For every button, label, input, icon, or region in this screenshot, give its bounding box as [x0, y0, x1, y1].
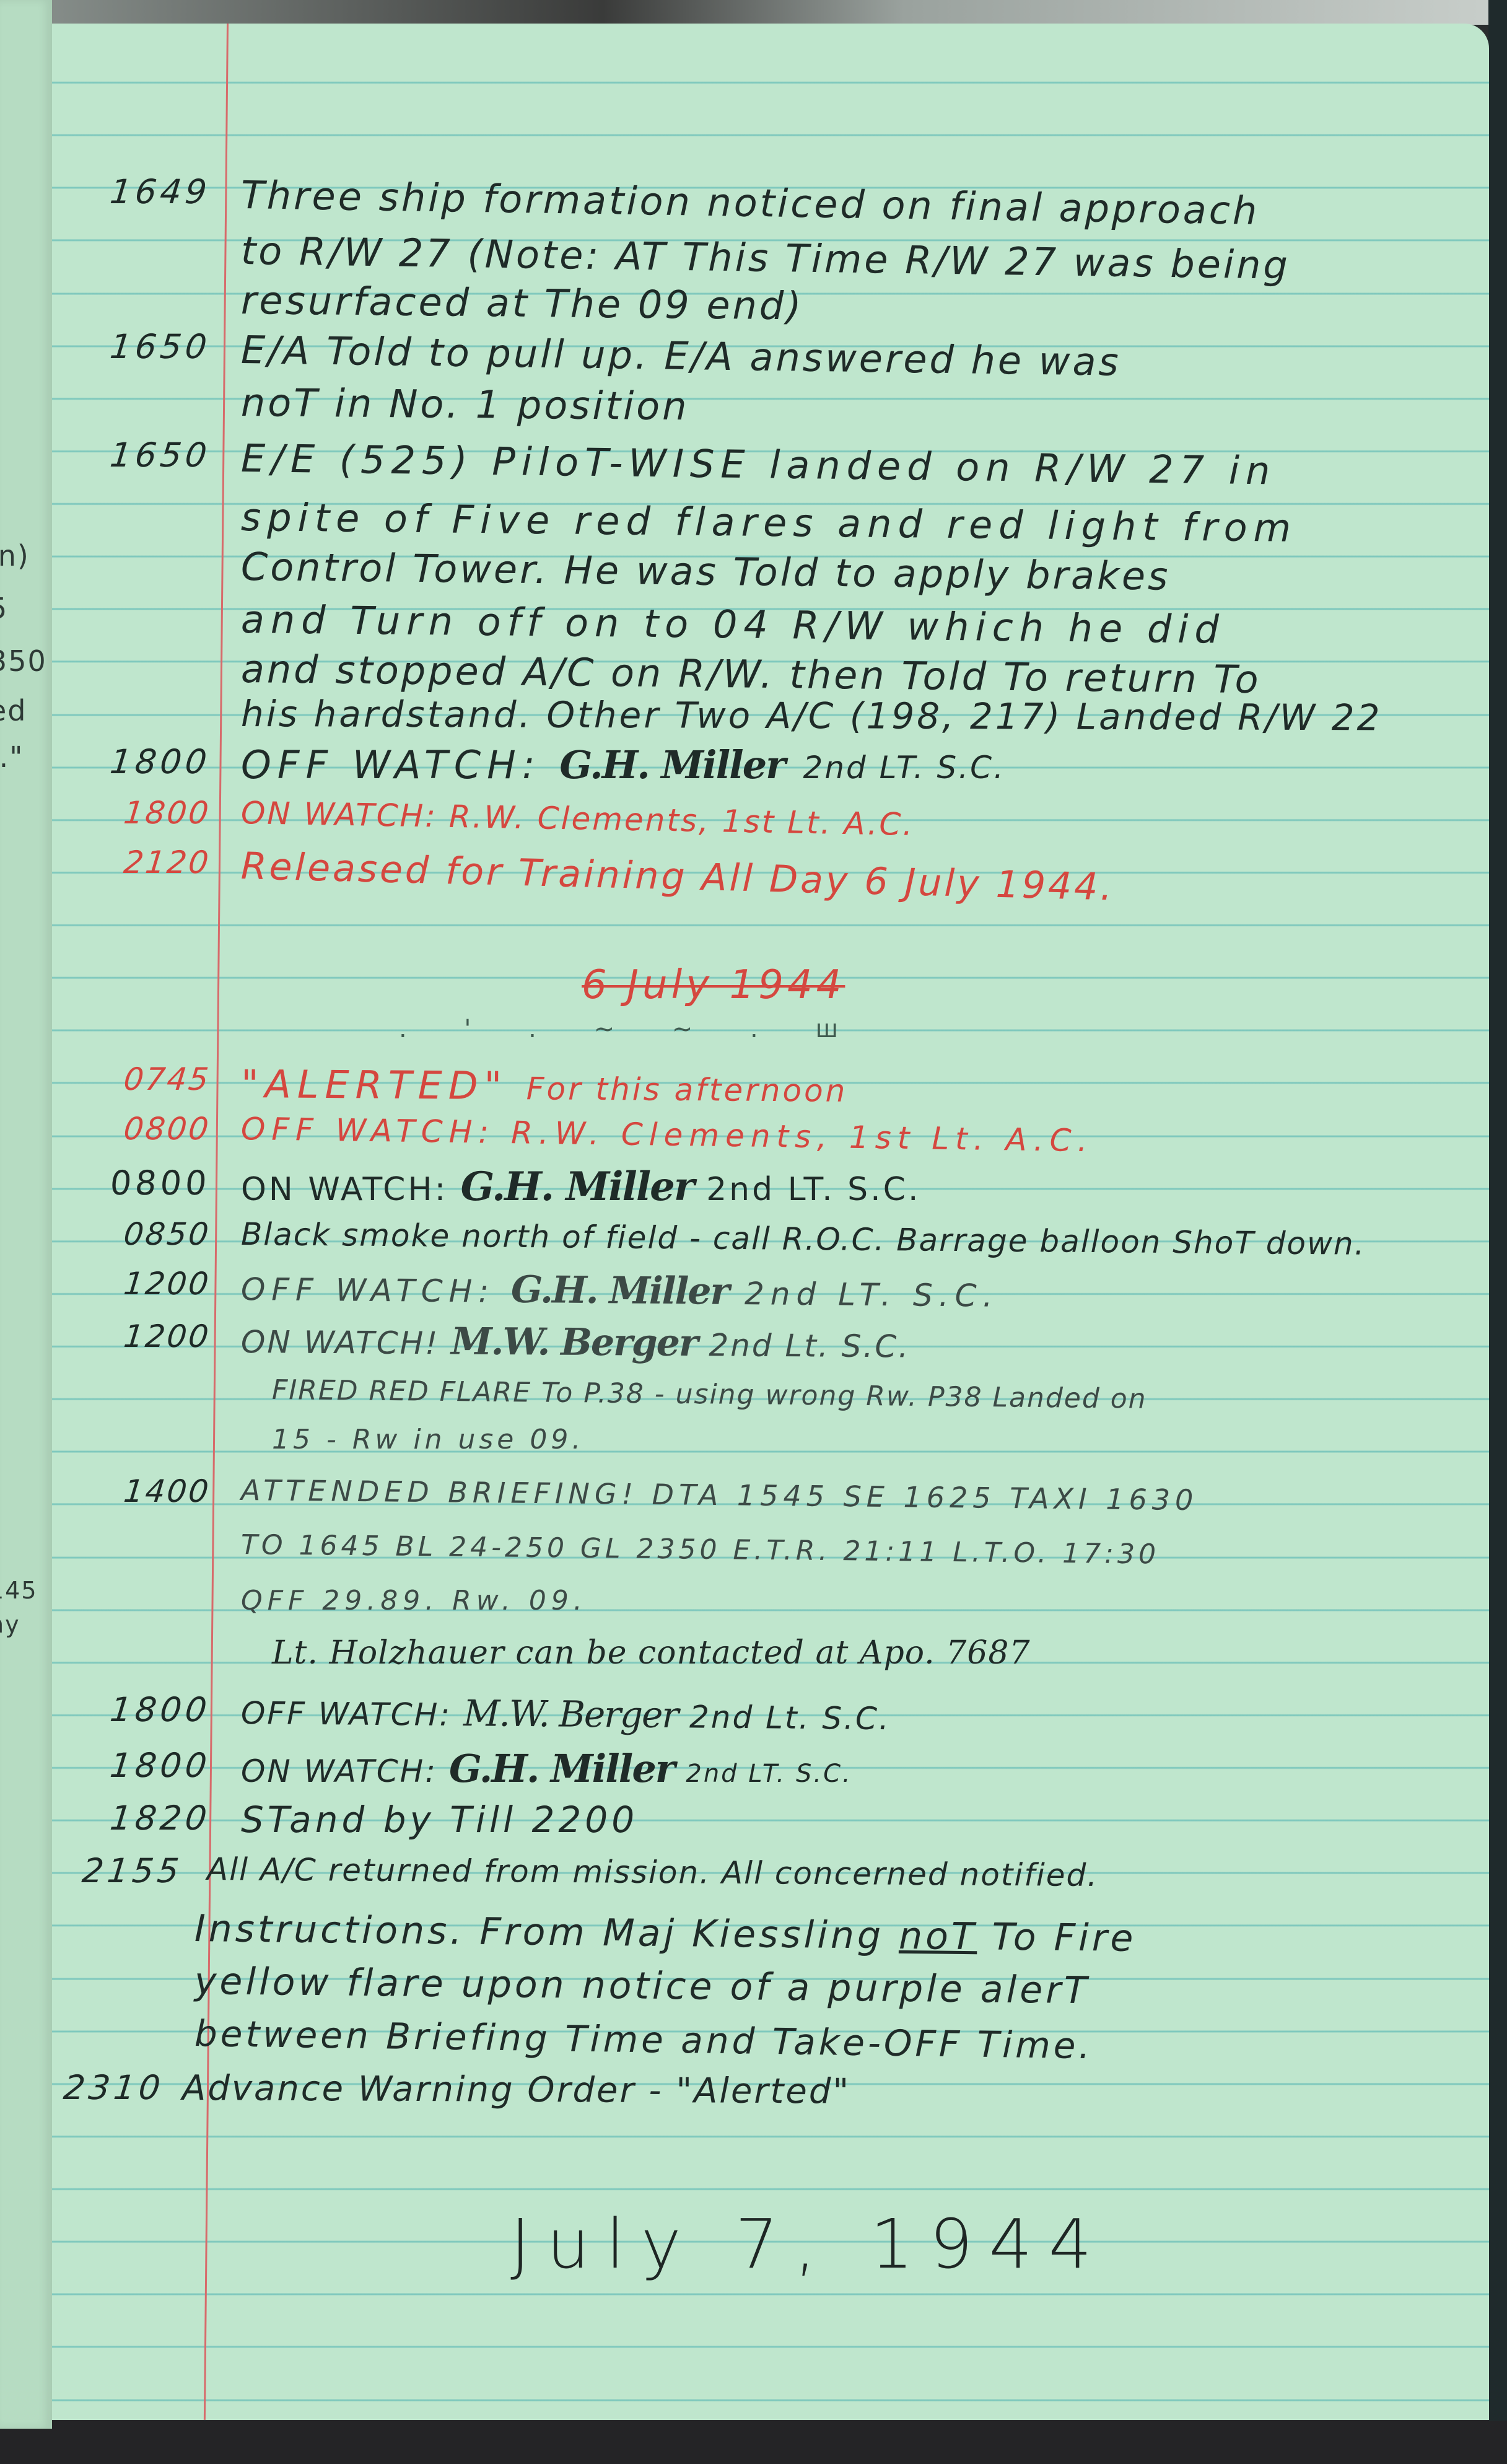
signature: R.W. Clements, [511, 1115, 834, 1155]
emphasis-not: noT [899, 1914, 977, 1958]
entry-continuation: spite of Five red flares and red light f… [52, 494, 1489, 548]
entry-time: 1200 [122, 1266, 212, 1302]
previous-page-edge: in) 5 350 ed .." 145 ny [0, 0, 52, 2429]
alert-status: "ALERTED" [241, 1061, 509, 1108]
entry-continuation: to R/W 27 (Note: AT This Time R/W 27 was… [52, 228, 1489, 281]
log-entry-0745: 0745 "ALERTED" For this afternoon [52, 1061, 1489, 1115]
rank: 2nd LT. S.C. [706, 1171, 920, 1208]
entry-time: 1800 [108, 742, 212, 781]
watch-label: OFF WATCH: [241, 1271, 496, 1310]
entry-text: yellow flare upon notice of a purple ale… [194, 1960, 1090, 2012]
log-entry-2120: 2120 Released for Training All Day 6 Jul… [52, 844, 1489, 898]
entry-text: "ALERTED" For this afternoon [241, 1061, 848, 1111]
entry-text: STand by Till 2200 [241, 1799, 638, 1841]
entry-text: E/E (525) PiloT-WISE landed on R/W 27 in [241, 436, 1277, 493]
log-entry-1649: 1649 Three ship formation noticed on fin… [52, 172, 1489, 226]
entry-text: ON WATCH: G.H. Miller 2nd LT. S.C. [241, 1164, 921, 1210]
date-heading: July 7, 1944 [510, 2204, 1108, 2284]
entry-text: Advance Warning Order - "Alerted" [182, 2068, 850, 2112]
entry-continuation: resurfaced at The 09 end) [52, 278, 1489, 331]
log-entry-0800-off-watch: 0800 OFF WATCH: R.W. Clements, 1st Lt. A… [52, 1111, 1489, 1164]
entry-time: 1800 [108, 1690, 212, 1729]
log-entry-1800-off-watch: 1800 OFF WATCH: M.W. Berger 2nd Lt. S.C. [52, 1690, 1489, 1743]
previous-page-fragment: 350 [0, 644, 47, 678]
entry-time: 1649 [108, 172, 212, 211]
signature: G.H. Miller [449, 1746, 674, 1791]
log-entry-2310: 2310 Advance Warning Order - "Alerted" [52, 2068, 1489, 2121]
entry-text: his hardstand. Other Two A/C (198, 217) … [241, 693, 1383, 739]
instruction-text: To Fire [992, 1915, 1137, 1960]
entry-text: Three ship formation noticed on final ap… [240, 172, 1259, 234]
entry-time: 0800 [108, 1164, 212, 1203]
watch-label: OFF WATCH: [241, 742, 541, 787]
rank: 2nd Lt. S.C. [709, 1327, 910, 1364]
entry-continuation: 15 - Rw in use 09. [52, 1424, 1489, 1477]
entry-time: 1820 [108, 1799, 212, 1838]
log-entry-1650: 1650 E/E (525) PiloT-WISE landed on R/W … [52, 436, 1489, 489]
rank: 2nd Lt. S.C. [689, 1699, 891, 1737]
entry-time: 1800 [122, 795, 212, 831]
entry-text: resurfaced at The 09 end) [241, 278, 804, 329]
entry-text: E/A Told to pull up. E/A answered he was [240, 327, 1121, 385]
entry-text: OFF WATCH: G.H. Miller 2nd LT. S.C. [241, 1266, 999, 1316]
entry-text: FIRED RED FLARE To P.38 - using wrong Rw… [272, 1374, 1147, 1415]
entry-time: 1400 [122, 1473, 212, 1509]
previous-page-fragment: 5 [0, 592, 8, 625]
entry-text: Control Tower. He was Told to apply brak… [241, 544, 1171, 599]
rank: 2nd LT. S.C. [745, 1276, 999, 1314]
entry-continuation: and stopped A/C on R/W. then Told To ret… [52, 646, 1489, 699]
entry-continuation: noT in No. 1 position [52, 380, 1489, 433]
entry-time: 2120 [122, 844, 212, 880]
log-entry-0850: 0850 Black smoke north of field - call R… [52, 1216, 1489, 1269]
entry-continuation: Instructions. From Maj Kiessling noT To … [52, 1907, 1489, 1960]
entry-text: OFF WATCH: R.W. Clements, 1st Lt. A.C. [241, 1111, 1094, 1159]
entry-time: 1800 [108, 1746, 212, 1785]
signature: G.H. Miller [511, 1268, 729, 1313]
entry-text: ON WATCH! M.W. Berger 2nd Lt. S.C. [241, 1318, 911, 1367]
log-entry-contact-note: Lt. Holzhauer can be contacted at Apo. 7… [52, 1634, 1489, 1688]
entry-continuation: his hardstand. Other Two A/C (198, 217) … [52, 693, 1489, 746]
signature: M.W. Berger [451, 1320, 697, 1365]
entry-time: 1650 [108, 436, 212, 475]
entry-time: 1200 [122, 1318, 212, 1354]
entry-text: TO 1645 BL 24-250 GL 2350 E.T.R. 21:11 L… [241, 1529, 1160, 1571]
entry-text: spite of Five red flares and red light f… [241, 494, 1298, 551]
rank: 2nd LT. S.C. [803, 750, 1005, 786]
entry-time: 2155 [80, 1851, 184, 1890]
entry-continuation: between Briefing Time and Take-OFF Time. [52, 2012, 1489, 2066]
entry-text: Black smoke north of field - call R.O.C.… [241, 1216, 1366, 1262]
rank: 1st Lt. A.C. [722, 804, 914, 843]
log-entry-2155: 2155 All A/C returned from mission. All … [52, 1851, 1489, 1905]
alert-note: For this afternoon [526, 1071, 848, 1109]
book-cover-bottom [0, 2421, 1507, 2464]
log-entry-red-flare: FIRED RED FLARE To P.38 - using wrong Rw… [52, 1374, 1489, 1427]
previous-page-fragment: 145 [0, 1577, 38, 1604]
signature: R.W. Clements, [448, 799, 710, 839]
entry-continuation: TO 1645 BL 24-250 GL 2350 E.T.R. 21:11 L… [52, 1529, 1489, 1582]
entry-text: Instructions. From Maj Kiessling noT To … [194, 1907, 1137, 1960]
signature: M.W. Berger [463, 1692, 678, 1736]
entry-time: 0800 [122, 1111, 212, 1147]
previous-page-fragment: .." [0, 740, 24, 774]
entry-continuation: QFF 29.89. Rw. 09. [52, 1585, 1489, 1638]
log-entry-1400: 1400 ATTENDED BRIEFING! DTA 1545 SE 1625… [52, 1473, 1489, 1527]
rank: 1st Lt. A.C. [849, 1120, 1094, 1159]
entry-text: All A/C returned from mission. All conce… [207, 1851, 1099, 1893]
entry-text: and Turn off on to 04 R/W which he did [241, 597, 1226, 652]
signature: G.H. Miller [461, 1164, 694, 1210]
watch-label: OFF WATCH: [241, 1111, 496, 1151]
entry-text: ON WATCH: G.H. Miller 2nd LT. S.C. [241, 1746, 852, 1791]
log-page: 1649 Three ship formation noticed on fin… [52, 24, 1489, 2420]
entry-text: Released for Training All Day 6 July 194… [240, 844, 1115, 909]
previous-page-fragment: ny [0, 1611, 20, 1638]
watch-label: ON WATCH: [240, 795, 437, 835]
log-entry-1800-on-watch: 1800 ON WATCH: G.H. Miller 2nd LT. S.C. [52, 1746, 1489, 1799]
watch-label: OFF WATCH: [241, 1695, 452, 1733]
entry-time: 1650 [108, 327, 212, 366]
entry-text: QFF 29.89. Rw. 09. [241, 1585, 587, 1616]
log-entry-1800-on-watch: 1800 ON WATCH: R.W. Clements, 1st Lt. A.… [52, 795, 1489, 848]
watch-label: ON WATCH: [241, 1753, 437, 1789]
log-entry-1820: 1820 STand by Till 2200 [52, 1799, 1489, 1852]
previous-page-fragment: in) [0, 539, 30, 572]
entry-time: 0745 [122, 1061, 212, 1097]
log-entry-0800-on-watch: 0800 ON WATCH: G.H. Miller 2nd LT. S.C. [52, 1164, 1489, 1217]
entry-text: ATTENDED BRIEFING! DTA 1545 SE 1625 TAXI… [241, 1473, 1199, 1517]
log-entry-1200-on-watch: 1200 ON WATCH! M.W. Berger 2nd Lt. S.C. [52, 1318, 1489, 1372]
watch-label: ON WATCH: [241, 1171, 448, 1208]
stray-marks: . ' . ~ ~ . ш [399, 1015, 863, 1043]
entry-continuation: and Turn off on to 04 R/W which he did [52, 597, 1489, 650]
watch-label: ON WATCH! [241, 1324, 440, 1361]
instruction-text: Instructions. From Maj Kiessling [194, 1907, 885, 1958]
log-entry-1200-off-watch: 1200 OFF WATCH: G.H. Miller 2nd LT. S.C. [52, 1266, 1489, 1319]
entry-continuation: yellow flare upon notice of a purple ale… [52, 1960, 1489, 2013]
signature: G.H. Miller [559, 742, 784, 787]
entry-continuation: Control Tower. He was Told to apply brak… [52, 544, 1489, 597]
entry-text: OFF WATCH: M.W. Berger 2nd Lt. S.C. [241, 1690, 891, 1738]
entry-text: ON WATCH: R.W. Clements, 1st Lt. A.C. [240, 795, 914, 843]
entry-text: between Briefing Time and Take-OFF Time. [194, 2012, 1094, 2067]
entry-text: Lt. Holzhauer can be contacted at Apo. 7… [272, 1634, 1031, 1672]
date-heading: 6 July 1944 [582, 962, 845, 1008]
entry-text: OFF WATCH: G.H. Miller 2nd LT. S.C. [241, 742, 1005, 787]
entry-text: noT in No. 1 position [241, 380, 689, 429]
entry-text: 15 - Rw in use 09. [272, 1424, 584, 1455]
entry-time: 2310 [61, 2068, 165, 2107]
rank: 2nd LT. S.C. [686, 1760, 852, 1788]
log-entry-1650: 1650 E/A Told to pull up. E/A answered h… [52, 327, 1489, 380]
entry-time: 0850 [122, 1216, 212, 1252]
log-entry-1800-off-watch: 1800 OFF WATCH: G.H. Miller 2nd LT. S.C. [52, 742, 1489, 796]
previous-page-fragment: ed [0, 694, 27, 727]
background-top [0, 0, 1507, 25]
book-cover-edge [1488, 0, 1507, 2464]
